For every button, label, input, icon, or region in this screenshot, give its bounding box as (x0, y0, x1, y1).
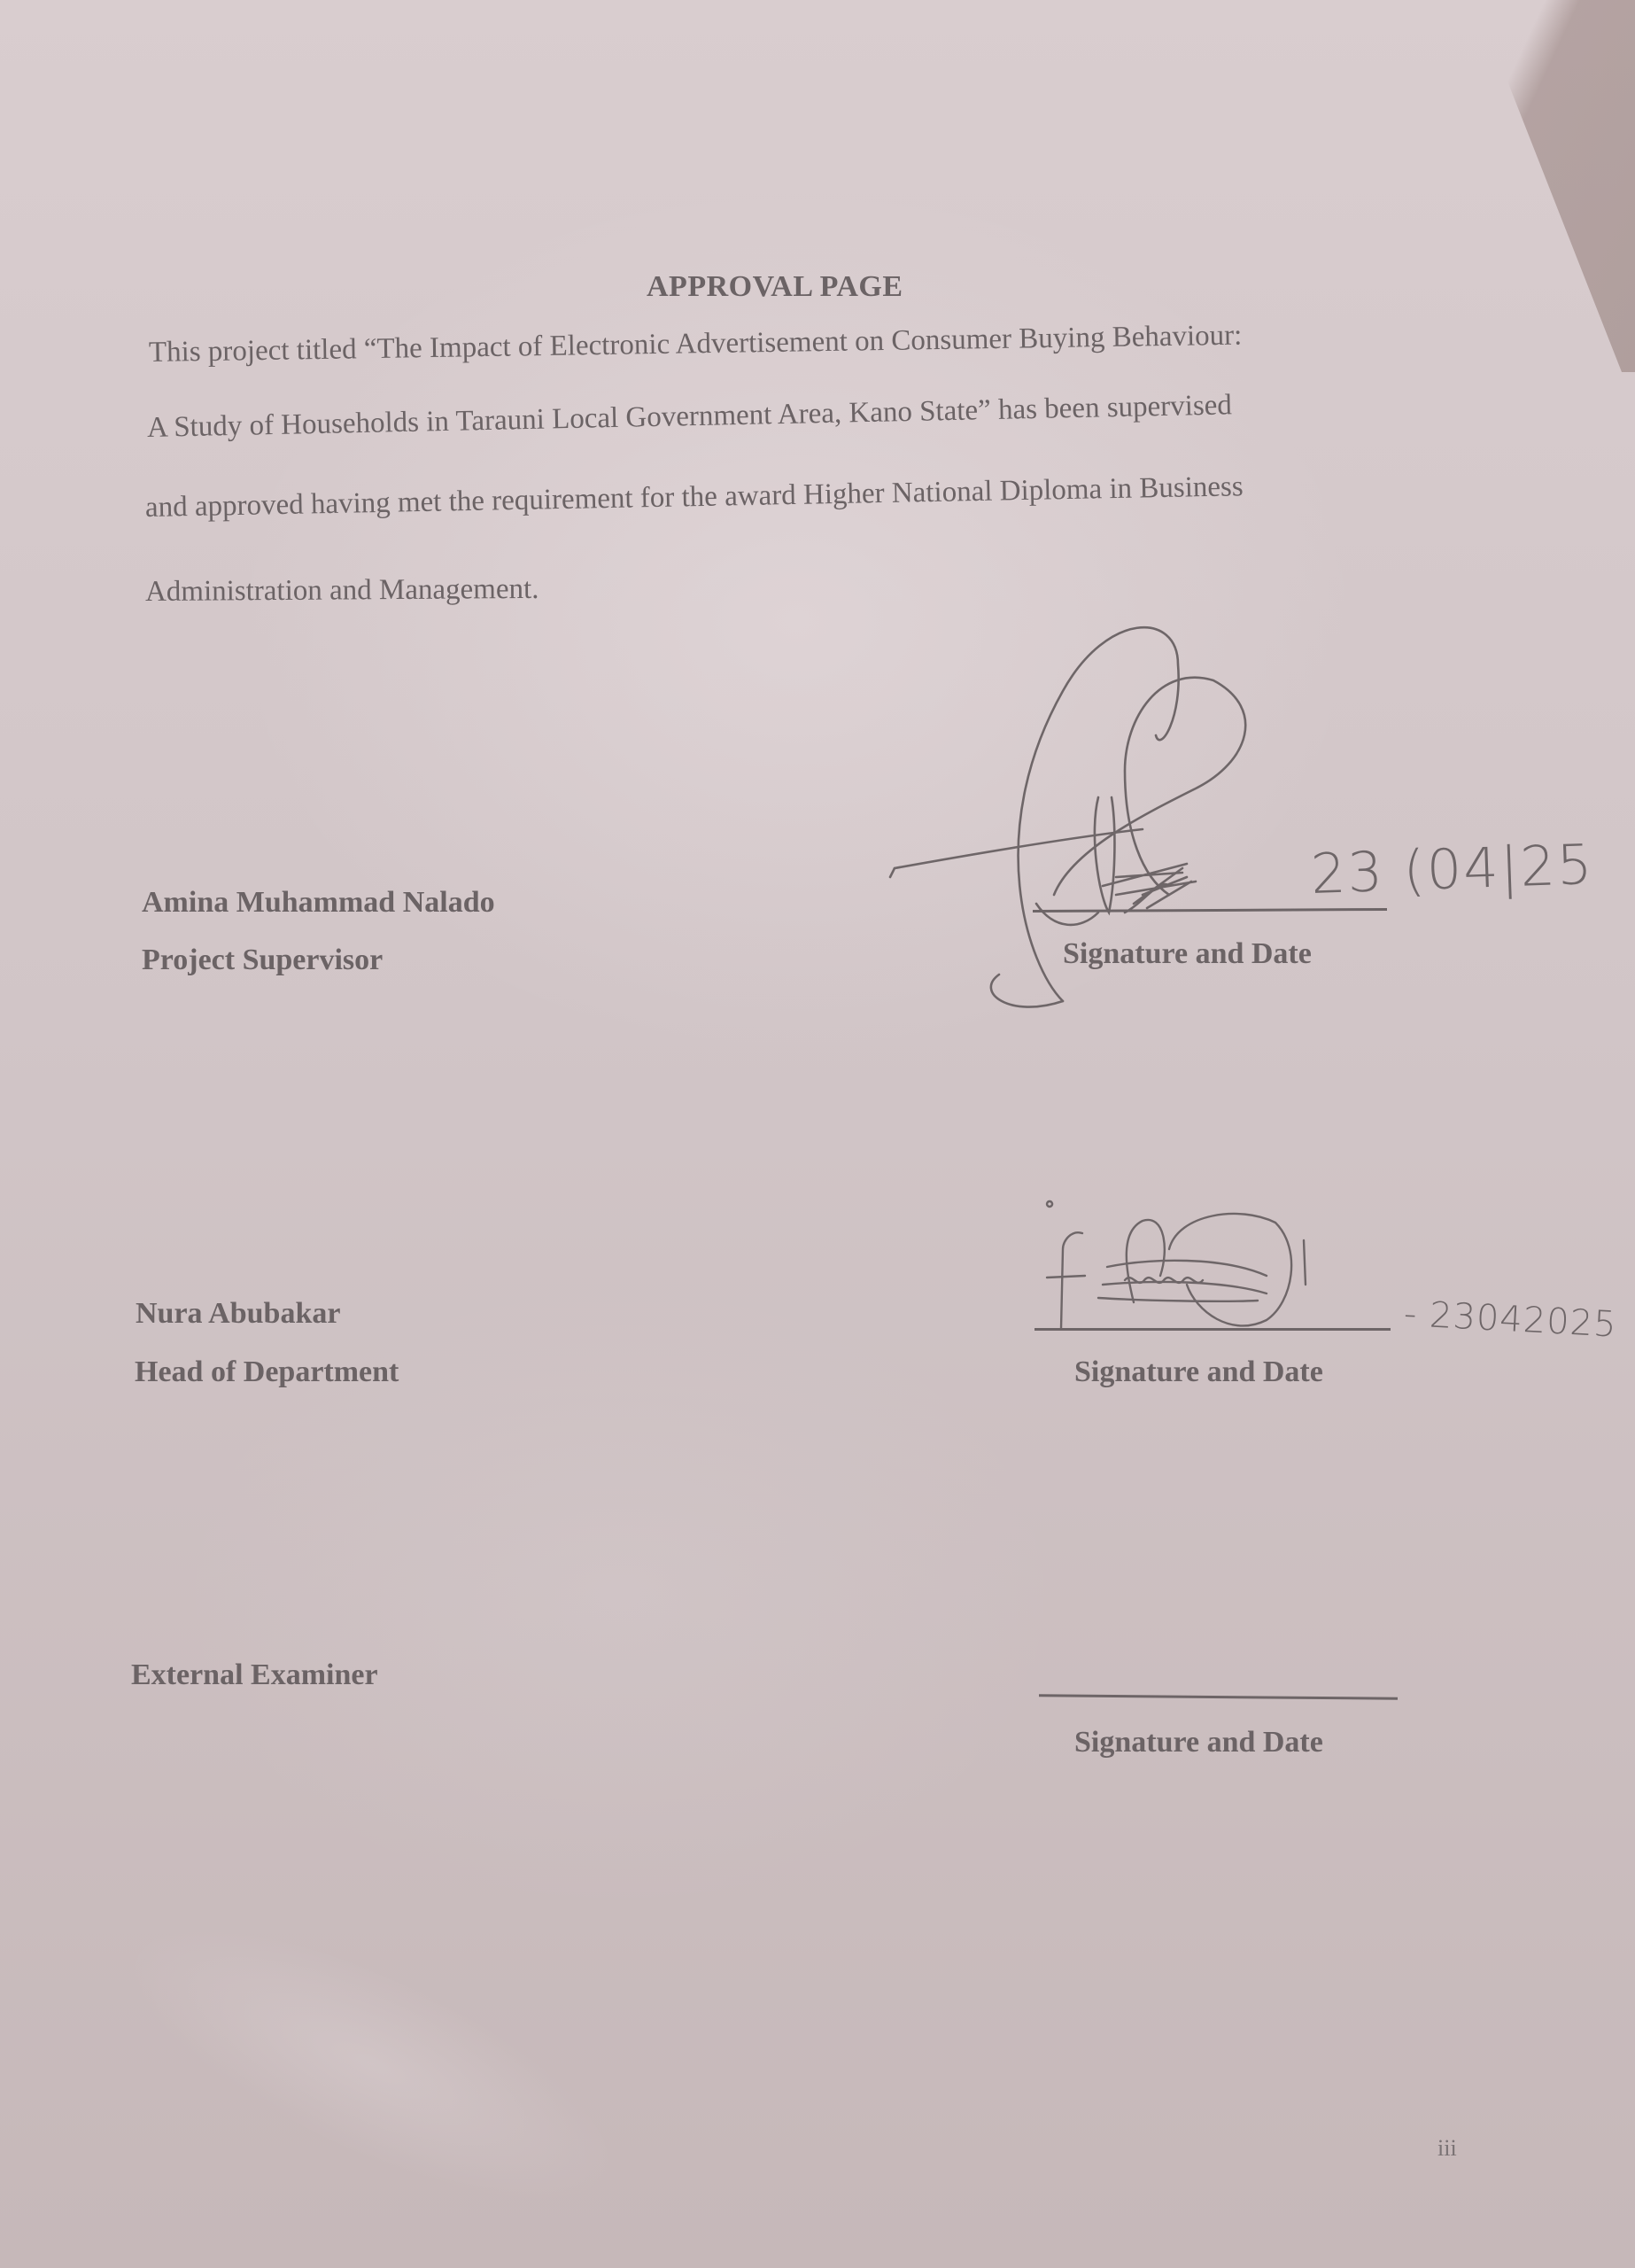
signatory-role: Head of Department (135, 1355, 399, 1389)
signatory-name: Nura Abubakar (136, 1297, 340, 1331)
signature-label: Signature and Date (1074, 1355, 1323, 1389)
signature-label: Signature and Date (1074, 1726, 1323, 1759)
signature-scribble-hod (1045, 1196, 1417, 1338)
signature-line-hod (1034, 1328, 1391, 1331)
page-number: iii (1437, 2135, 1457, 2162)
signature-label: Signature and Date (1063, 937, 1312, 971)
signatory-role: Project Supervisor (142, 944, 383, 977)
page-title: APPROVAL PAGE (647, 270, 903, 304)
handwritten-date-supervisor: 23 (04|25 (1310, 832, 1595, 906)
signatory-role: External Examiner (131, 1658, 378, 1692)
signatory-name: Amina Muhammad Nalado (142, 886, 495, 920)
body-line-4: Administration and Management. (145, 573, 539, 609)
